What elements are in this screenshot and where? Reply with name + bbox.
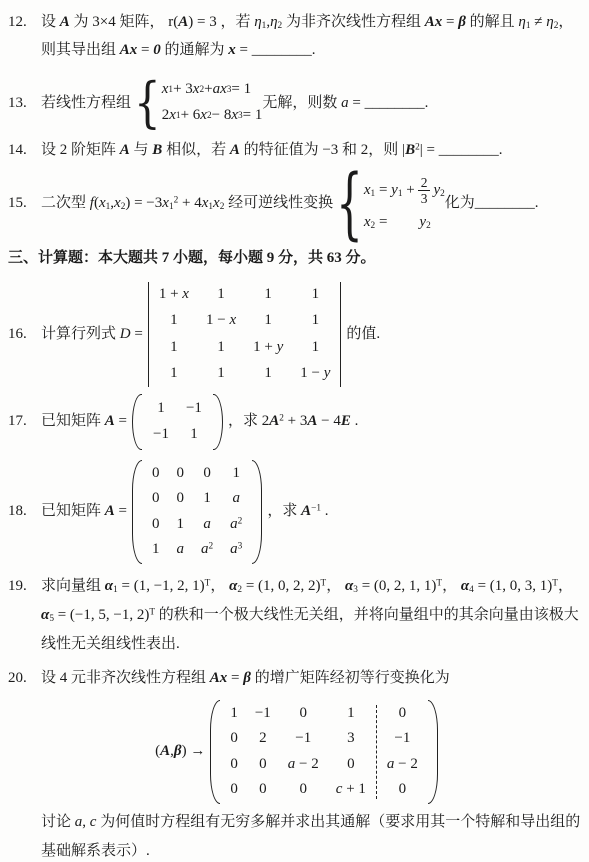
question-text: 的值. xyxy=(346,323,380,346)
determinant-grid: 1 + x11111 − x11111 + y11111 − y xyxy=(149,280,341,389)
fraction: 2 3 xyxy=(418,175,431,207)
matrix-cell: 1 xyxy=(217,338,225,358)
left-paren-icon xyxy=(132,460,142,564)
question-text: 基础解系表示）. xyxy=(41,837,581,862)
determinant-bar xyxy=(340,282,341,387)
matrix-cell: 1 xyxy=(232,464,240,484)
question-text: 设 4 元非齐次线性方程组 Ax = β 的增广矩阵经初等行变换化为 xyxy=(41,664,581,693)
matrix-cell: −1 xyxy=(186,399,202,419)
question-text: ，求 A−1 . xyxy=(267,500,328,523)
matrix-cell: a xyxy=(232,489,240,509)
matrix-grid: 1−10102−1300a − 20000c + 1 xyxy=(221,700,375,804)
question-12: 12. 设 A 为 3×4 矩阵， r(A) = 3 ，若 η1,η2 为非齐次… xyxy=(8,8,581,64)
equation-part: y2 xyxy=(419,212,430,233)
question-text: 讨论 a, c 为何值时方程组有无穷多解并求出其通解（要求用其一个特解和导出组的 xyxy=(41,808,581,837)
question-number: 13. xyxy=(8,92,41,115)
matrix-cell: 1 xyxy=(203,489,211,509)
matrix-cell: c + 1 xyxy=(336,780,366,800)
question-text: 化为________. xyxy=(445,192,539,215)
question-text: 设 A 为 3×4 矩阵， r(A) = 3 ，若 η1,η2 为非齐次线性方程… xyxy=(41,8,581,36)
matrix-cell: 1 + y xyxy=(253,338,283,358)
question-number: 12. xyxy=(8,8,41,36)
right-paren-icon xyxy=(252,460,262,564)
matrix-cell: 1 xyxy=(264,311,272,331)
system-brace: { xyxy=(336,165,363,243)
equation: 2x1 + 6x2 − 8x3 = 1 xyxy=(162,105,263,126)
question-text: 二次型 f(x1,x2) = −3x12 + 4x1x2 经可逆线性变换 xyxy=(41,192,333,215)
matrix-cell: 1 xyxy=(217,285,225,305)
question-text: 线性无关组线性表出. xyxy=(41,630,581,659)
question-number: 19. xyxy=(8,572,41,601)
matrix-cell: 1 xyxy=(264,285,272,305)
left-paren-icon xyxy=(132,394,142,450)
matrix-cell: 0 xyxy=(152,464,160,484)
matrix-cell: 0 xyxy=(177,489,185,509)
question-number: 17. xyxy=(8,410,41,433)
equation-system: x1 + 3x2 + ax3 = 1 2x1 + 6x2 − 8x3 = 1 xyxy=(162,77,263,128)
right-paren-icon xyxy=(428,700,438,804)
equation-part: x2 = xyxy=(364,212,388,233)
matrix-cell: −1 xyxy=(153,425,169,445)
fraction-numerator: 2 xyxy=(418,175,431,192)
question-text: 计算行列式 D = xyxy=(41,323,143,346)
matrix-cell: 1 xyxy=(312,338,320,358)
system-brace: { xyxy=(134,76,161,131)
right-paren-icon xyxy=(213,394,223,450)
left-paren-icon xyxy=(210,700,220,804)
matrix-cell: 0 xyxy=(300,704,308,724)
question-number: 15. xyxy=(8,192,41,215)
matrix: 0001001a01aa21aa2a3 xyxy=(132,460,262,564)
matrix-cell: 0 xyxy=(399,780,407,800)
question-number: 14. xyxy=(8,136,41,164)
question-14: 14. 设 2 阶矩阵 A 与 B 相似，若 A 的特征值为 −3 和 2，则 … xyxy=(8,136,581,164)
matrix-cell: 0 xyxy=(230,780,238,800)
augmented-matrix: 1−10102−1300a − 20000c + 1 0−1a − 20 xyxy=(210,700,438,804)
question-19: 19. 求向量组 α1 = (1, −1, 2, 1)T， α2 = (1, 0… xyxy=(8,572,581,660)
matrix-cell: a2 xyxy=(201,540,213,560)
question-text: 无解，则数 a = ________. xyxy=(262,92,428,115)
exam-page: 12. 设 A 为 3×4 矩阵， r(A) = 3 ，若 η1,η2 为非齐次… xyxy=(0,0,589,862)
matrix-cell: 3 xyxy=(347,729,355,749)
matrix-cell: −1 xyxy=(295,729,311,749)
matrix-grid: 0001001a01aa21aa2a3 xyxy=(143,460,251,564)
question-17: 17. 已知矩阵 A = 1−1−11 ，求 2A2 + 3A − 4E . xyxy=(8,394,581,450)
matrix-cell: −1 xyxy=(394,729,410,749)
matrix-cell: 1 xyxy=(170,338,178,358)
question-text: 求向量组 α1 = (1, −1, 2, 1)T， α2 = (1, 0, 2,… xyxy=(41,572,581,601)
question-number: 16. xyxy=(8,323,41,346)
matrix-cell: 2 xyxy=(259,729,267,749)
equation-part: x1 = y1 + xyxy=(364,180,415,201)
question-text: α5 = (−1, 5, −1, 2)T 的秩和一个极大线性无关组，并将向量组中… xyxy=(41,601,581,630)
matrix-cell: 1 xyxy=(264,364,272,384)
matrix-cell: 1 xyxy=(157,399,165,419)
equation: x2 = y2 xyxy=(364,212,445,233)
matrix-cell: a2 xyxy=(230,515,242,535)
matrix-cell: 1 xyxy=(170,311,178,331)
determinant: 1 + x11111 − x11111 + y11111 − y xyxy=(148,280,342,389)
matrix-cell: 0 xyxy=(203,464,211,484)
matrix-grid: 0−1a − 20 xyxy=(378,700,427,804)
matrix-cell: 1 xyxy=(190,425,198,445)
matrix-cell: a − 2 xyxy=(288,755,319,775)
matrix-cell: 0 xyxy=(300,780,308,800)
matrix-cell: 1 xyxy=(230,704,238,724)
augmented-matrix-row: (A,β) → 1−10102−1300a − 20000c + 1 0−1a … xyxy=(41,700,557,804)
question-text: 已知矩阵 A = xyxy=(41,410,127,433)
matrix-cell: 0 xyxy=(259,755,267,775)
matrix-cell: 1 xyxy=(312,285,320,305)
matrix-cell: 0 xyxy=(399,704,407,724)
question-number: 18. xyxy=(8,500,41,523)
matrix-grid: 1−1−11 xyxy=(143,394,212,450)
matrix-cell: 1 xyxy=(170,364,178,384)
equation-part: y2 xyxy=(433,180,444,201)
matrix-cell: 0 xyxy=(152,515,160,535)
question-text: 已知矩阵 A = xyxy=(41,500,127,523)
matrix-cell: 1 − y xyxy=(300,364,330,384)
section-heading: 三、计算题：本大题共 7 小题，每小题 9 分，共 63 分。 xyxy=(8,245,581,272)
matrix-cell: 0 xyxy=(347,755,355,775)
equation: x1 + 3x2 + ax3 = 1 xyxy=(162,79,263,100)
matrix-cell: a3 xyxy=(230,540,242,560)
matrix-cell: 0 xyxy=(230,755,238,775)
matrix-cell: 0 xyxy=(177,464,185,484)
matrix-cell: 0 xyxy=(259,780,267,800)
question-18: 18. 已知矩阵 A = 0001001a01aa21aa2a3 ，求 A−1 … xyxy=(8,460,581,564)
matrix-cell: 1 xyxy=(177,515,185,535)
matrix-cell: 0 xyxy=(230,729,238,749)
question-number: 20. xyxy=(8,664,41,693)
matrix-cell: 1 xyxy=(347,704,355,724)
matrix-cell: a − 2 xyxy=(387,755,418,775)
matrix: 1−1−11 xyxy=(132,394,223,450)
question-15: 15. 二次型 f(x1,x2) = −3x12 + 4x1x2 经可逆线性变换… xyxy=(8,173,581,235)
matrix-cell: 1 − x xyxy=(206,311,236,331)
matrix-cell: 0 xyxy=(152,489,160,509)
matrix-cell: −1 xyxy=(255,704,271,724)
equation: x1 = y1 + 2 3 y2 xyxy=(364,175,445,207)
equation-system: x1 = y1 + 2 3 y2 x2 = y2 xyxy=(364,173,445,235)
question-text: 设 2 阶矩阵 A 与 B 相似，若 A 的特征值为 −3 和 2，则 |B2|… xyxy=(41,136,581,164)
fraction-denominator: 3 xyxy=(418,191,431,207)
augmented-divider xyxy=(376,705,377,799)
matrix-cell: 1 + x xyxy=(159,285,189,305)
question-20: 20. 设 4 元非齐次线性方程组 Ax = β 的增广矩阵经初等行变换化为 (… xyxy=(8,664,581,862)
matrix-cell: 1 xyxy=(152,540,160,560)
matrix-cell: 1 xyxy=(217,364,225,384)
question-text: 则其导出组 Ax = 0 的通解为 x = ________. xyxy=(41,36,581,64)
question-16: 16. 计算行列式 D = 1 + x11111 − x11111 + y111… xyxy=(8,280,581,389)
matrix-cell: a xyxy=(203,515,211,535)
map-expression: (A,β) → xyxy=(155,740,205,763)
matrix-cell: a xyxy=(177,540,185,560)
question-13: 13. 若线性方程组 { x1 + 3x2 + ax3 = 1 2x1 + 6x… xyxy=(8,77,581,128)
question-text: 若线性方程组 xyxy=(41,92,131,115)
matrix-cell: 1 xyxy=(312,311,320,331)
question-text: ，求 2A2 + 3A − 4E . xyxy=(228,410,358,433)
